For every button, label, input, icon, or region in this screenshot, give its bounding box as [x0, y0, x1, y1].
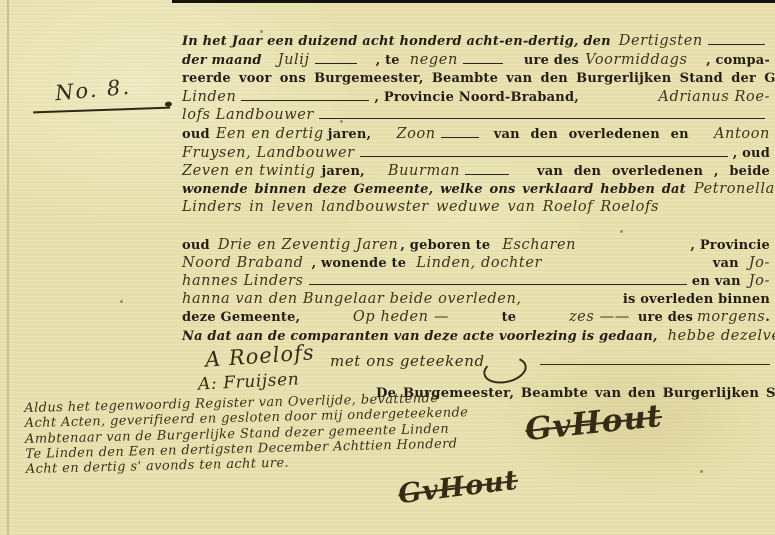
paper-fold-line	[7, 0, 9, 535]
handwritten-text: zes ——	[569, 309, 630, 325]
printed-text: jaren,	[328, 127, 371, 142]
handwritten-text: hannes Linders	[182, 273, 304, 289]
handwritten-text: Adrianus Roe-	[658, 89, 770, 105]
printed-text: van den overledenen en	[494, 127, 689, 142]
printed-text: , compa-	[706, 53, 770, 68]
handwritten-text: Jo-	[749, 255, 770, 271]
act-line: oud Drie en Zeventig Jaren , geboren te …	[182, 237, 770, 253]
signing-note: met ons geteekend	[330, 352, 485, 370]
fill-in-rule	[360, 156, 728, 157]
act-line: wonende binnen deze Gemeente, welke ons …	[182, 181, 770, 197]
closing-statement: Aldus het tegenwoordig Register van Over…	[24, 387, 601, 478]
handwritten-text: negen	[410, 52, 458, 68]
handwritten-text: Zeven en twintig	[182, 163, 315, 179]
official-signature-2: GvHout	[397, 465, 520, 510]
act-line: Noord Braband , wonende te Linden, docht…	[182, 255, 770, 271]
handwritten-text: Dertigsten	[619, 33, 703, 49]
act-line: deze Gemeente, Op heden — te zes —— ure …	[182, 309, 770, 325]
printed-text: wonende binnen deze Gemeente, welke ons …	[182, 182, 686, 197]
handwritten-text: Linden	[182, 89, 236, 105]
printed-text: , Provincie	[690, 238, 770, 253]
printed-text: van den overledenen , beide	[537, 164, 770, 179]
handwritten-text: Julij	[278, 52, 310, 68]
handwritten-text: Linden, dochter	[416, 255, 542, 271]
handwritten-text: lofs Landbouwer	[182, 107, 314, 123]
handwritten-text: Antoon	[714, 126, 770, 142]
printed-text: en van	[692, 274, 741, 289]
act-line: Fruysen, Landbouwer , oud	[182, 145, 770, 161]
printed-text: , oud	[733, 146, 770, 161]
printed-text: , wonende te	[312, 256, 407, 271]
handwritten-text: Op heden —	[353, 309, 449, 325]
act-line: lofs Landbouwer	[182, 107, 770, 123]
death-record-page: { "margin": { "number": "No. 8." }, "act…	[0, 0, 775, 535]
fill-in-rule	[465, 174, 509, 175]
handwritten-text: Linders in leven landbouwster weduwe van…	[182, 199, 659, 215]
printed-text: , geboren te	[400, 238, 490, 253]
printed-text: te	[502, 310, 517, 325]
handwritten-text: Buurman	[388, 163, 460, 179]
fill-in-rule	[241, 100, 369, 101]
act-line: oud Een en dertig jaren, Zoon van den ov…	[182, 126, 770, 142]
fill-in-rule	[315, 63, 357, 64]
printed-text: deze Gemeente,	[182, 310, 300, 325]
ink-speck	[700, 470, 703, 473]
printed-text: , te	[376, 53, 400, 68]
declarant-signature-2: A: Fruijsen	[198, 369, 300, 394]
handwritten-text: hebbe dezelve	[668, 328, 775, 344]
fill-in-rule	[463, 63, 503, 64]
act-line: hannes Linders en van Jo-	[182, 273, 770, 289]
act-number-underline-flourish	[33, 104, 170, 114]
handwritten-text: morgens	[697, 309, 765, 325]
fill-in-rule	[708, 44, 765, 45]
printed-text: reerde voor ons Burgemeester, Beambte va…	[182, 71, 775, 86]
printed-text: jaren,	[321, 164, 364, 179]
printed-text: In het Jaar een duizend acht honderd ach…	[182, 34, 611, 49]
act-line: Linden , Provincie Noord-Braband, Adrian…	[182, 89, 770, 105]
printed-text: ure des	[524, 53, 579, 68]
printed-text: ure des	[638, 310, 693, 325]
handwritten-text: Voormiddags	[585, 52, 687, 68]
printed-text: oud	[182, 127, 210, 142]
handwritten-text: Petronella	[694, 181, 775, 197]
handwritten-text: Drie en Zeventig Jaren	[218, 237, 399, 253]
printed-text: , Provincie Noord-Braband,	[374, 90, 579, 105]
act-line: Zeven en twintig jaren, Buurman van den …	[182, 163, 770, 179]
act-line: hanna van den Bungelaar beide overleden,…	[182, 291, 770, 307]
handwritten-text: Fruysen, Landbouwer	[182, 145, 355, 161]
act-line: Na dat aan de comparanten van deze acte …	[182, 328, 770, 344]
declarant-signature-1: A Roelofs	[204, 340, 315, 372]
act-line: der maand Julij , te negen ure des Voorm…	[182, 52, 770, 68]
handwritten-text: Een en dertig	[216, 126, 324, 142]
printed-text: .	[765, 310, 770, 325]
handwritten-text: hanna van den Bungelaar beide overleden,	[182, 291, 522, 307]
ink-speck	[620, 230, 623, 233]
pen-flourish	[481, 353, 529, 388]
handwritten-text: Escharen	[502, 237, 576, 253]
printed-text: oud	[182, 238, 210, 253]
fill-in-rule	[441, 137, 479, 138]
ink-speck	[120, 300, 123, 303]
handwritten-text: Jo-	[749, 273, 770, 289]
act-number: No. 8.	[54, 75, 132, 106]
handwritten-text: Zoon	[396, 126, 435, 142]
act-line: reerde voor ons Burgemeester, Beambte va…	[182, 71, 770, 86]
printed-text: is overleden binnen	[623, 292, 770, 307]
act-line: Linders in leven landbouwster weduwe van…	[182, 199, 770, 215]
printed-text: der maand	[182, 53, 262, 68]
fill-in-rule	[309, 284, 687, 285]
printed-text: Na dat aan de comparanten van deze acte …	[182, 329, 658, 344]
scan-top-edge	[172, 0, 775, 3]
printed-text: van	[713, 256, 739, 271]
act-line: In het Jaar een duizend acht honderd ach…	[182, 33, 770, 49]
handwritten-text: Noord Braband	[182, 255, 304, 271]
signature-rule	[540, 364, 770, 365]
fill-in-rule	[319, 118, 765, 119]
